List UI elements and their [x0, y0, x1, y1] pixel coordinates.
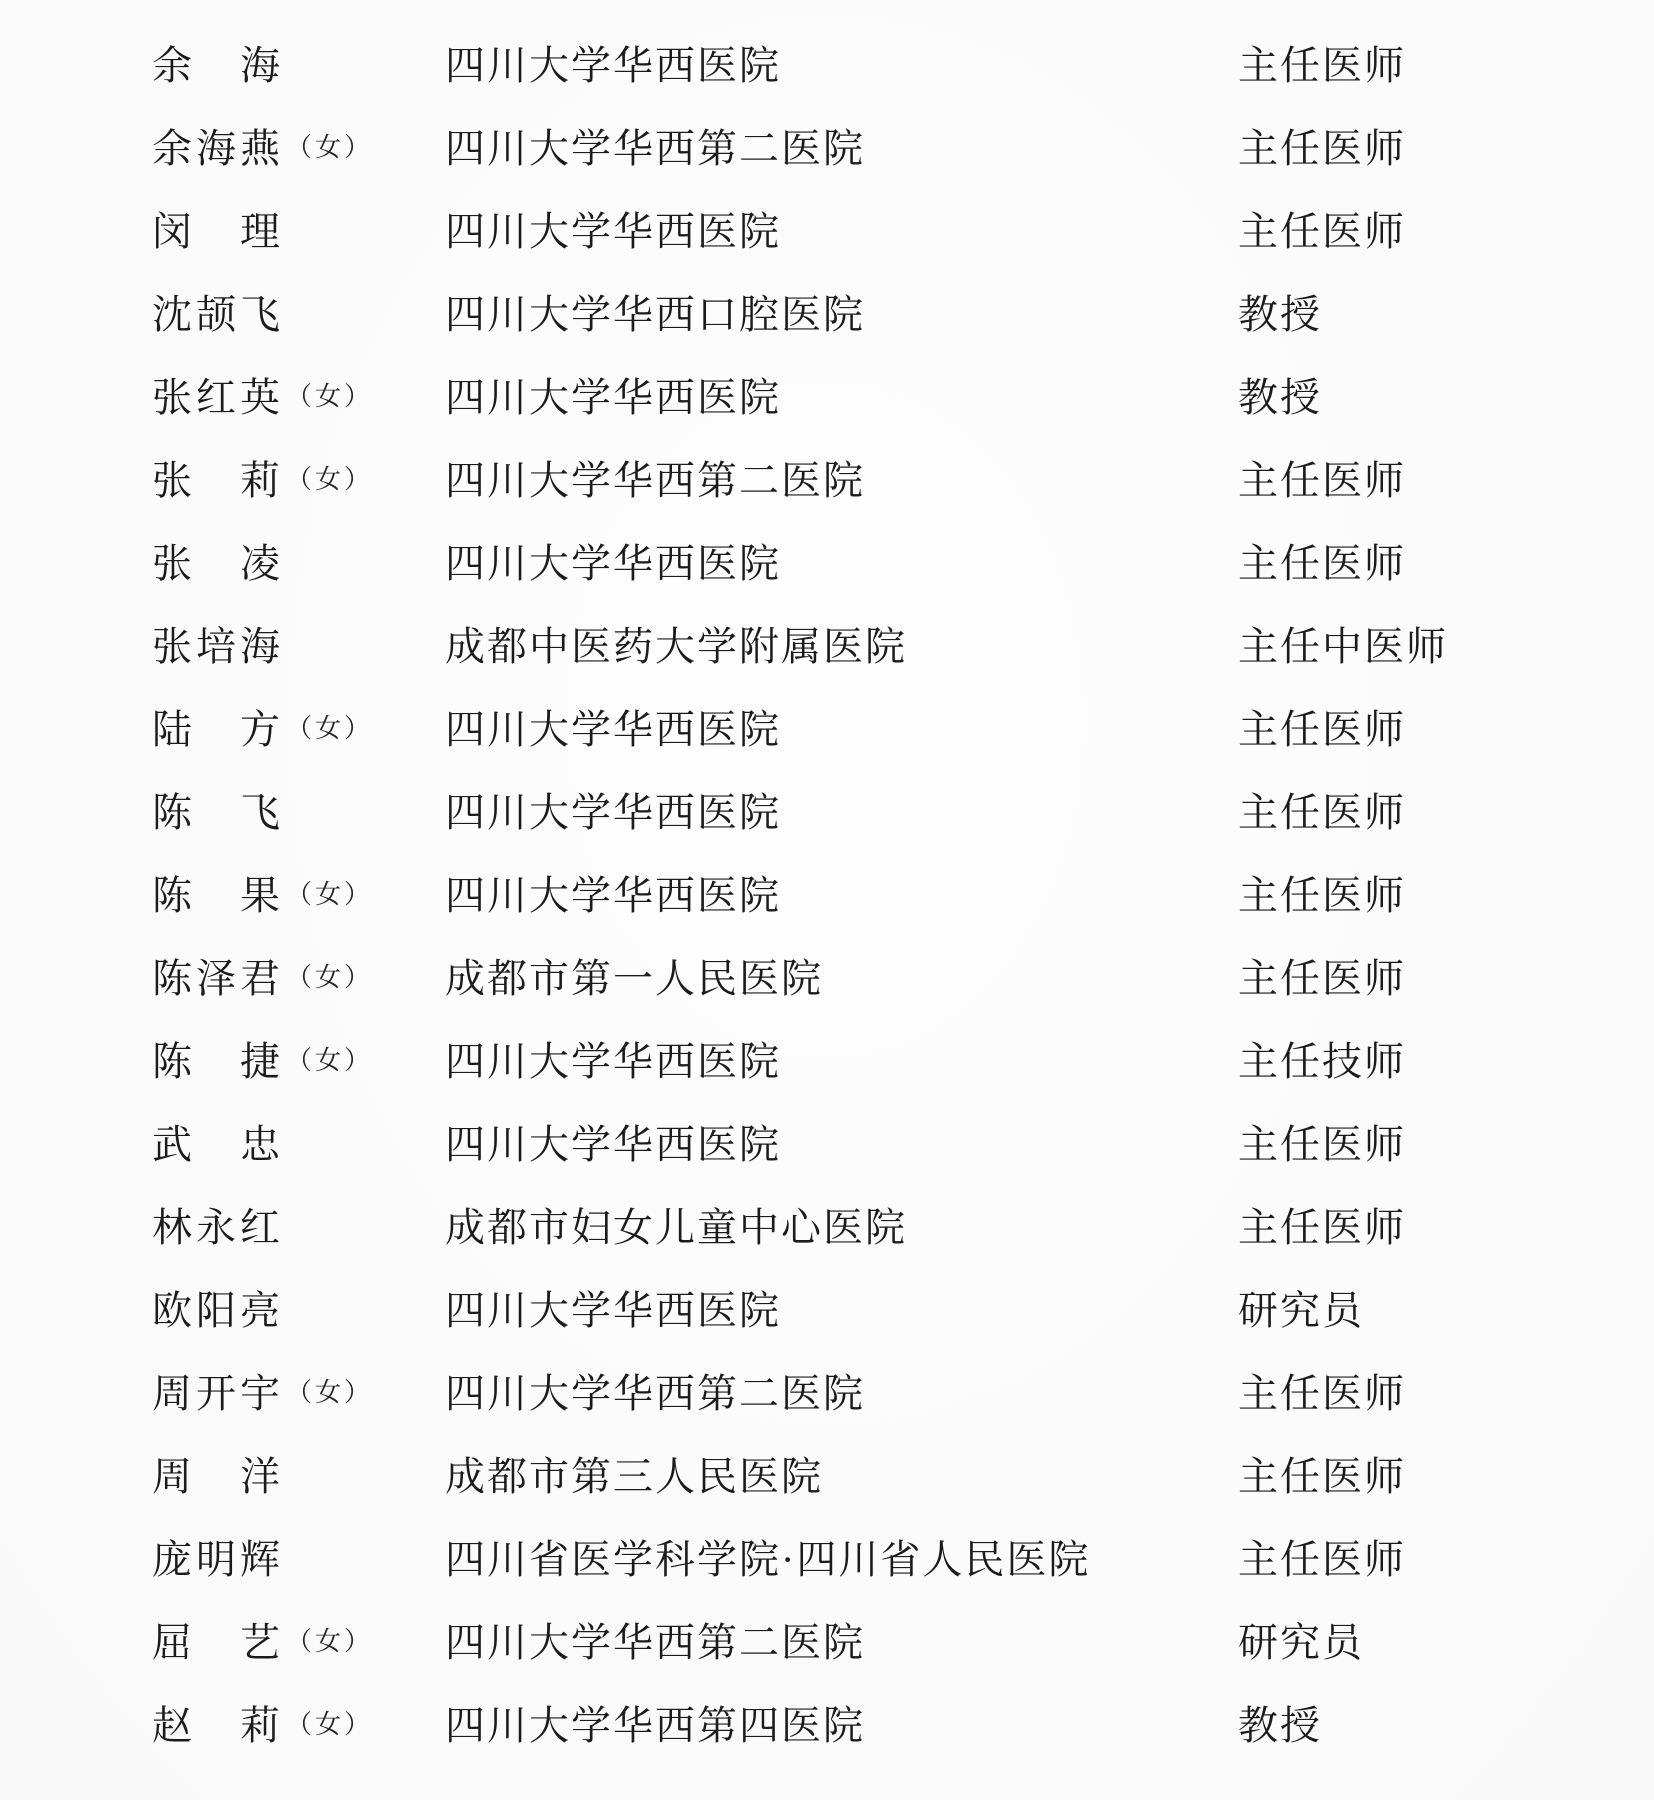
roster-row: 张莉 （女） 四川大学华西第二医院 主任医师 [152, 439, 1654, 522]
person-name: 庞明辉 [152, 1540, 280, 1580]
professional-title: 主任医师 [1238, 1457, 1654, 1497]
institution: 四川大学华西医院 [445, 1125, 1238, 1165]
gender-note: （女） [286, 467, 373, 493]
institution: 成都市妇女儿童中心医院 [445, 1208, 1238, 1248]
name-cell: 张培海 [152, 627, 445, 667]
name-cell: 林永红 [152, 1208, 445, 1248]
institution: 成都市第三人民医院 [445, 1457, 1238, 1497]
institution: 四川大学华西医院 [445, 212, 1238, 252]
roster-row: 陈飞 四川大学华西医院 主任医师 [152, 771, 1654, 854]
name-cell: 屈艺 （女） [152, 1623, 445, 1663]
gender-note: （女） [286, 1380, 373, 1406]
person-name: 欧阳亮 [152, 1291, 280, 1331]
roster-row: 余海 四川大学华西医院 主任医师 [152, 24, 1654, 107]
institution: 四川大学华西医院 [445, 46, 1238, 86]
roster-row: 陈果 （女） 四川大学华西医院 主任医师 [152, 854, 1654, 937]
institution: 四川大学华西医院 [445, 710, 1238, 750]
institution: 四川大学华西医院 [445, 1042, 1238, 1082]
gender-note: （女） [286, 135, 373, 161]
professional-title: 主任医师 [1238, 1540, 1654, 1580]
institution: 四川大学华西口腔医院 [445, 295, 1238, 335]
institution: 成都市第一人民医院 [445, 959, 1238, 999]
roster-row: 闵理 四川大学华西医院 主任医师 [152, 190, 1654, 273]
person-name: 余海燕 [152, 129, 280, 169]
name-cell: 陆方 （女） [152, 710, 445, 750]
institution: 四川大学华西第四医院 [445, 1706, 1238, 1746]
name-cell: 陈果 （女） [152, 876, 445, 916]
roster-table: 余海 四川大学华西医院 主任医师 余海燕 （女） 四川大学华西第二医院 主任医师… [152, 24, 1654, 1767]
roster-row: 周洋 成都市第三人民医院 主任医师 [152, 1435, 1654, 1518]
professional-title: 主任医师 [1238, 1208, 1654, 1248]
professional-title: 主任医师 [1238, 876, 1654, 916]
person-name: 余海 [152, 46, 280, 86]
person-name: 屈艺 [152, 1623, 280, 1663]
name-cell: 陈飞 [152, 793, 445, 833]
professional-title: 教授 [1238, 378, 1654, 418]
name-cell: 武忠 [152, 1125, 445, 1165]
gender-note: （女） [286, 1629, 373, 1655]
name-cell: 闵理 [152, 212, 445, 252]
person-name: 张培海 [152, 627, 280, 667]
gender-note: （女） [286, 965, 373, 991]
institution: 四川大学华西第二医院 [445, 1623, 1238, 1663]
name-cell: 欧阳亮 [152, 1291, 445, 1331]
name-cell: 陈泽君 （女） [152, 959, 445, 999]
roster-row: 沈颉飞 四川大学华西口腔医院 教授 [152, 273, 1654, 356]
person-name: 周洋 [152, 1457, 280, 1497]
roster-row: 陈捷 （女） 四川大学华西医院 主任技师 [152, 1020, 1654, 1103]
institution: 四川大学华西医院 [445, 793, 1238, 833]
roster-row: 武忠 四川大学华西医院 主任医师 [152, 1103, 1654, 1186]
professional-title: 主任医师 [1238, 212, 1654, 252]
name-cell: 张莉 （女） [152, 461, 445, 501]
professional-title: 主任医师 [1238, 959, 1654, 999]
roster-row: 欧阳亮 四川大学华西医院 研究员 [152, 1269, 1654, 1352]
roster-row: 余海燕 （女） 四川大学华西第二医院 主任医师 [152, 107, 1654, 190]
professional-title: 研究员 [1238, 1623, 1654, 1663]
document-page: 余海 四川大学华西医院 主任医师 余海燕 （女） 四川大学华西第二医院 主任医师… [0, 0, 1654, 1800]
roster-row: 陆方 （女） 四川大学华西医院 主任医师 [152, 688, 1654, 771]
person-name: 张凌 [152, 544, 280, 584]
institution: 四川大学华西医院 [445, 1291, 1238, 1331]
person-name: 陈果 [152, 876, 280, 916]
professional-title: 主任医师 [1238, 1374, 1654, 1414]
roster-row: 屈艺 （女） 四川大学华西第二医院 研究员 [152, 1601, 1654, 1684]
name-cell: 陈捷 （女） [152, 1042, 445, 1082]
professional-title: 教授 [1238, 295, 1654, 335]
gender-note: （女） [286, 882, 373, 908]
professional-title: 研究员 [1238, 1291, 1654, 1331]
roster-row: 林永红 成都市妇女儿童中心医院 主任医师 [152, 1186, 1654, 1269]
name-cell: 沈颉飞 [152, 295, 445, 335]
person-name: 张红英 [152, 378, 280, 418]
name-cell: 周洋 [152, 1457, 445, 1497]
professional-title: 教授 [1238, 1706, 1654, 1746]
gender-note: （女） [286, 384, 373, 410]
institution: 四川大学华西第二医院 [445, 129, 1238, 169]
name-cell: 余海燕 （女） [152, 129, 445, 169]
name-cell: 赵莉 （女） [152, 1706, 445, 1746]
professional-title: 主任医师 [1238, 129, 1654, 169]
gender-note: （女） [286, 716, 373, 742]
institution: 四川大学华西第二医院 [445, 1374, 1238, 1414]
person-name: 陈泽君 [152, 959, 280, 999]
professional-title: 主任医师 [1238, 544, 1654, 584]
person-name: 赵莉 [152, 1706, 280, 1746]
person-name: 张莉 [152, 461, 280, 501]
gender-note: （女） [286, 1048, 373, 1074]
roster-row: 张红英 （女） 四川大学华西医院 教授 [152, 356, 1654, 439]
person-name: 沈颉飞 [152, 295, 280, 335]
institution: 成都中医药大学附属医院 [445, 627, 1238, 667]
professional-title: 主任医师 [1238, 793, 1654, 833]
institution: 四川大学华西第二医院 [445, 461, 1238, 501]
person-name: 陈飞 [152, 793, 280, 833]
roster-row: 张凌 四川大学华西医院 主任医师 [152, 522, 1654, 605]
professional-title: 主任医师 [1238, 1125, 1654, 1165]
institution: 四川省医学科学院·四川省人民医院 [445, 1540, 1238, 1580]
name-cell: 张凌 [152, 544, 445, 584]
person-name: 林永红 [152, 1208, 280, 1248]
person-name: 陈捷 [152, 1042, 280, 1082]
professional-title: 主任医师 [1238, 710, 1654, 750]
roster-row: 赵莉 （女） 四川大学华西第四医院 教授 [152, 1684, 1654, 1767]
person-name: 陆方 [152, 710, 280, 750]
name-cell: 余海 [152, 46, 445, 86]
roster-row: 庞明辉 四川省医学科学院·四川省人民医院 主任医师 [152, 1518, 1654, 1601]
name-cell: 周开宇 （女） [152, 1374, 445, 1414]
institution: 四川大学华西医院 [445, 876, 1238, 916]
roster-row: 陈泽君 （女） 成都市第一人民医院 主任医师 [152, 937, 1654, 1020]
name-cell: 庞明辉 [152, 1540, 445, 1580]
institution: 四川大学华西医院 [445, 544, 1238, 584]
person-name: 武忠 [152, 1125, 280, 1165]
professional-title: 主任医师 [1238, 46, 1654, 86]
person-name: 闵理 [152, 212, 280, 252]
institution: 四川大学华西医院 [445, 378, 1238, 418]
roster-row: 张培海 成都中医药大学附属医院 主任中医师 [152, 605, 1654, 688]
person-name: 周开宇 [152, 1374, 280, 1414]
professional-title: 主任中医师 [1238, 627, 1654, 667]
name-cell: 张红英 （女） [152, 378, 445, 418]
gender-note: （女） [286, 1712, 373, 1738]
professional-title: 主任医师 [1238, 461, 1654, 501]
roster-row: 周开宇 （女） 四川大学华西第二医院 主任医师 [152, 1352, 1654, 1435]
professional-title: 主任技师 [1238, 1042, 1654, 1082]
